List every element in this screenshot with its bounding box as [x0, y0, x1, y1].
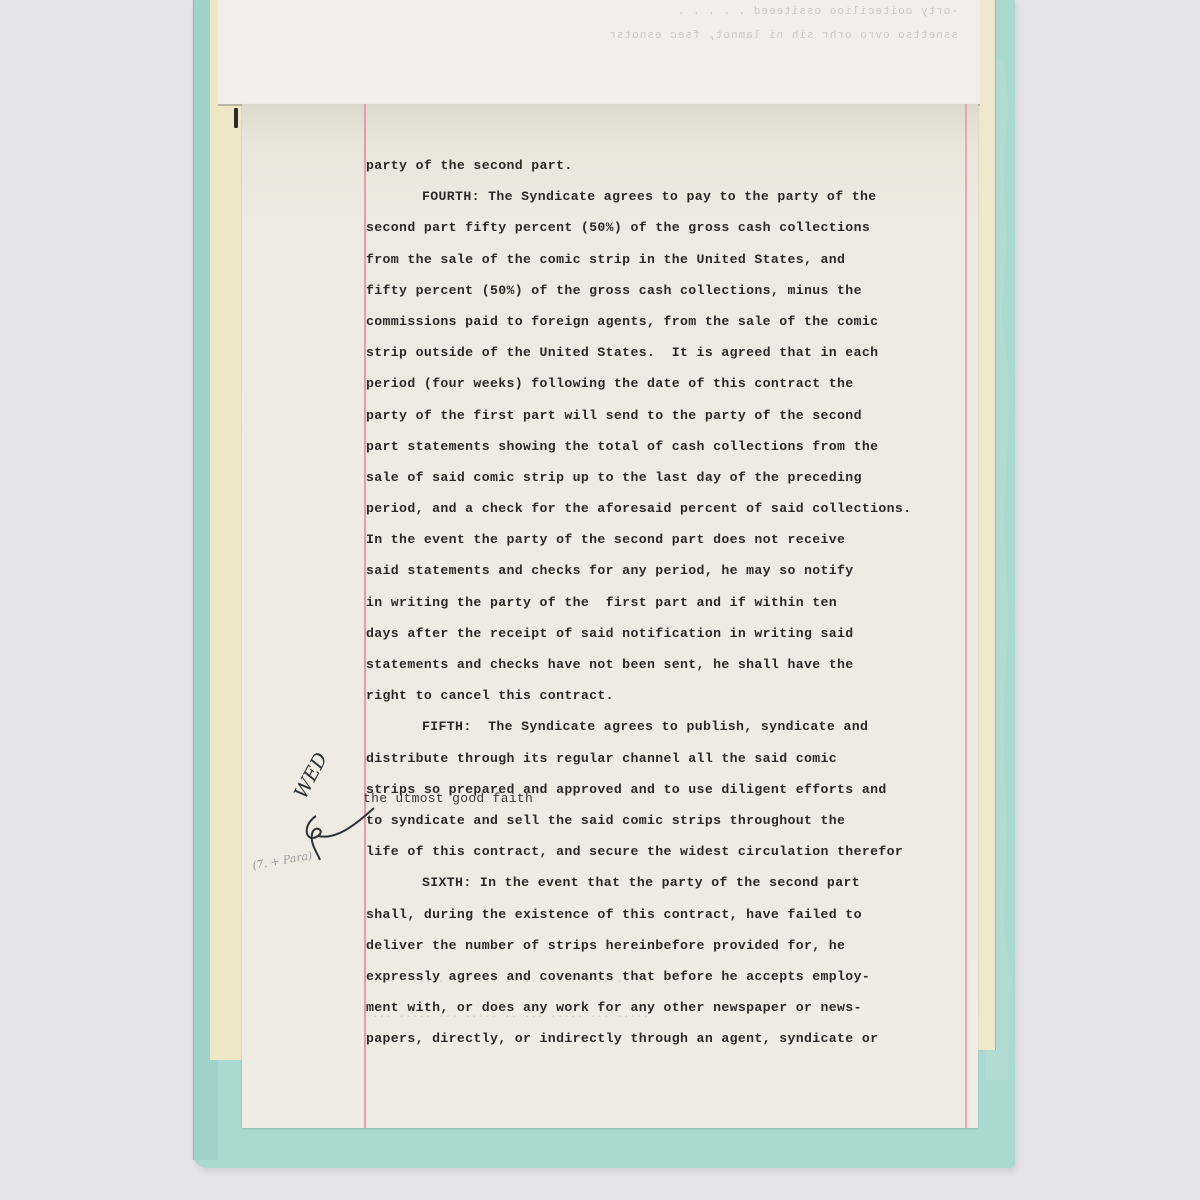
paragraph-fourth-line: strip outside of the United States. It i… — [366, 337, 986, 368]
typed-insertion: the utmost good faith — [363, 791, 533, 806]
carryover-line: party of the second part. — [366, 150, 986, 181]
paragraph-fourth-line: period, and a check for the aforesaid pe… — [366, 493, 986, 524]
paragraph-fourth-line: days after the receipt of said notificat… — [366, 618, 986, 649]
cream-sheet-left-strip — [210, 0, 243, 1060]
paragraph-fifth-line: FIFTH: The Syndicate agrees to publish, … — [366, 711, 986, 742]
paragraph-fourth-line: from the sale of the comic strip in the … — [366, 244, 986, 275]
staple-left — [234, 108, 238, 128]
pencil-note: (7. + Para) — [251, 849, 313, 872]
paragraph-fourth-line: said statements and checks for any perio… — [366, 555, 986, 586]
mirrored-bleed-line: ssnettso ovro orhr sih ni lamnot, fsec e… — [358, 30, 958, 42]
paragraph-sixth-line: deliver the number of strips hereinbefor… — [366, 930, 986, 961]
handwritten-initials: WED — [290, 749, 332, 802]
paragraph-fourth-line: statements and checks have not been sent… — [366, 649, 986, 680]
typed-body: party of the second part. FOURTH: The Sy… — [366, 150, 986, 1054]
contract-page: . . . ... . ... ... .. ...... ... .. .. … — [242, 104, 978, 1128]
paragraph-fourth-line: in writing the party of the first part a… — [366, 587, 986, 618]
paragraph-sixth-line: SIXTH: In the event that the party of th… — [366, 867, 986, 898]
paragraph-sixth-line: expressly agrees and covenants that befo… — [366, 961, 986, 992]
paragraph-fourth-line: period (four weeks) following the date o… — [366, 368, 986, 399]
folded-top-page: -orty ooitecilioo ossiteeed . . . . . ss… — [218, 0, 980, 106]
paragraph-fourth-line: right to cancel this contract. — [366, 680, 986, 711]
paragraph-sixth-line: shall, during the existence of this cont… — [366, 899, 986, 930]
paragraph-fourth-line: commissions paid to foreign agents, from… — [366, 306, 986, 337]
paragraph-fifth-line: life of this contract, and secure the wi… — [366, 836, 986, 867]
paragraph-fourth-line: party of the first part will send to the… — [366, 400, 986, 431]
paragraph-fourth-line: In the event the party of the second par… — [366, 524, 986, 555]
paragraph-fifth-line: distribute through its regular channel a… — [366, 743, 986, 774]
paragraph-sixth-line: ment with, or does any work for any othe… — [366, 992, 986, 1023]
paragraph-sixth-line: papers, directly, or indirectly through … — [366, 1023, 986, 1054]
mirrored-bleed-line: -orty ooitecilioo ossiteeed . . . . . — [358, 6, 958, 18]
paragraph-fourth-line: part statements showing the total of cas… — [366, 431, 986, 462]
paragraph-fourth-line: second part fifty percent (50%) of the g… — [366, 212, 986, 243]
paragraph-fifth-line: to syndicate and sell the said comic str… — [366, 805, 986, 836]
paragraph-fourth-line: fifty percent (50%) of the gross cash co… — [366, 275, 986, 306]
paragraph-fourth-line: sale of said comic strip up to the last … — [366, 462, 986, 493]
paragraph-fourth-line: FOURTH: The Syndicate agrees to pay to t… — [366, 181, 986, 212]
